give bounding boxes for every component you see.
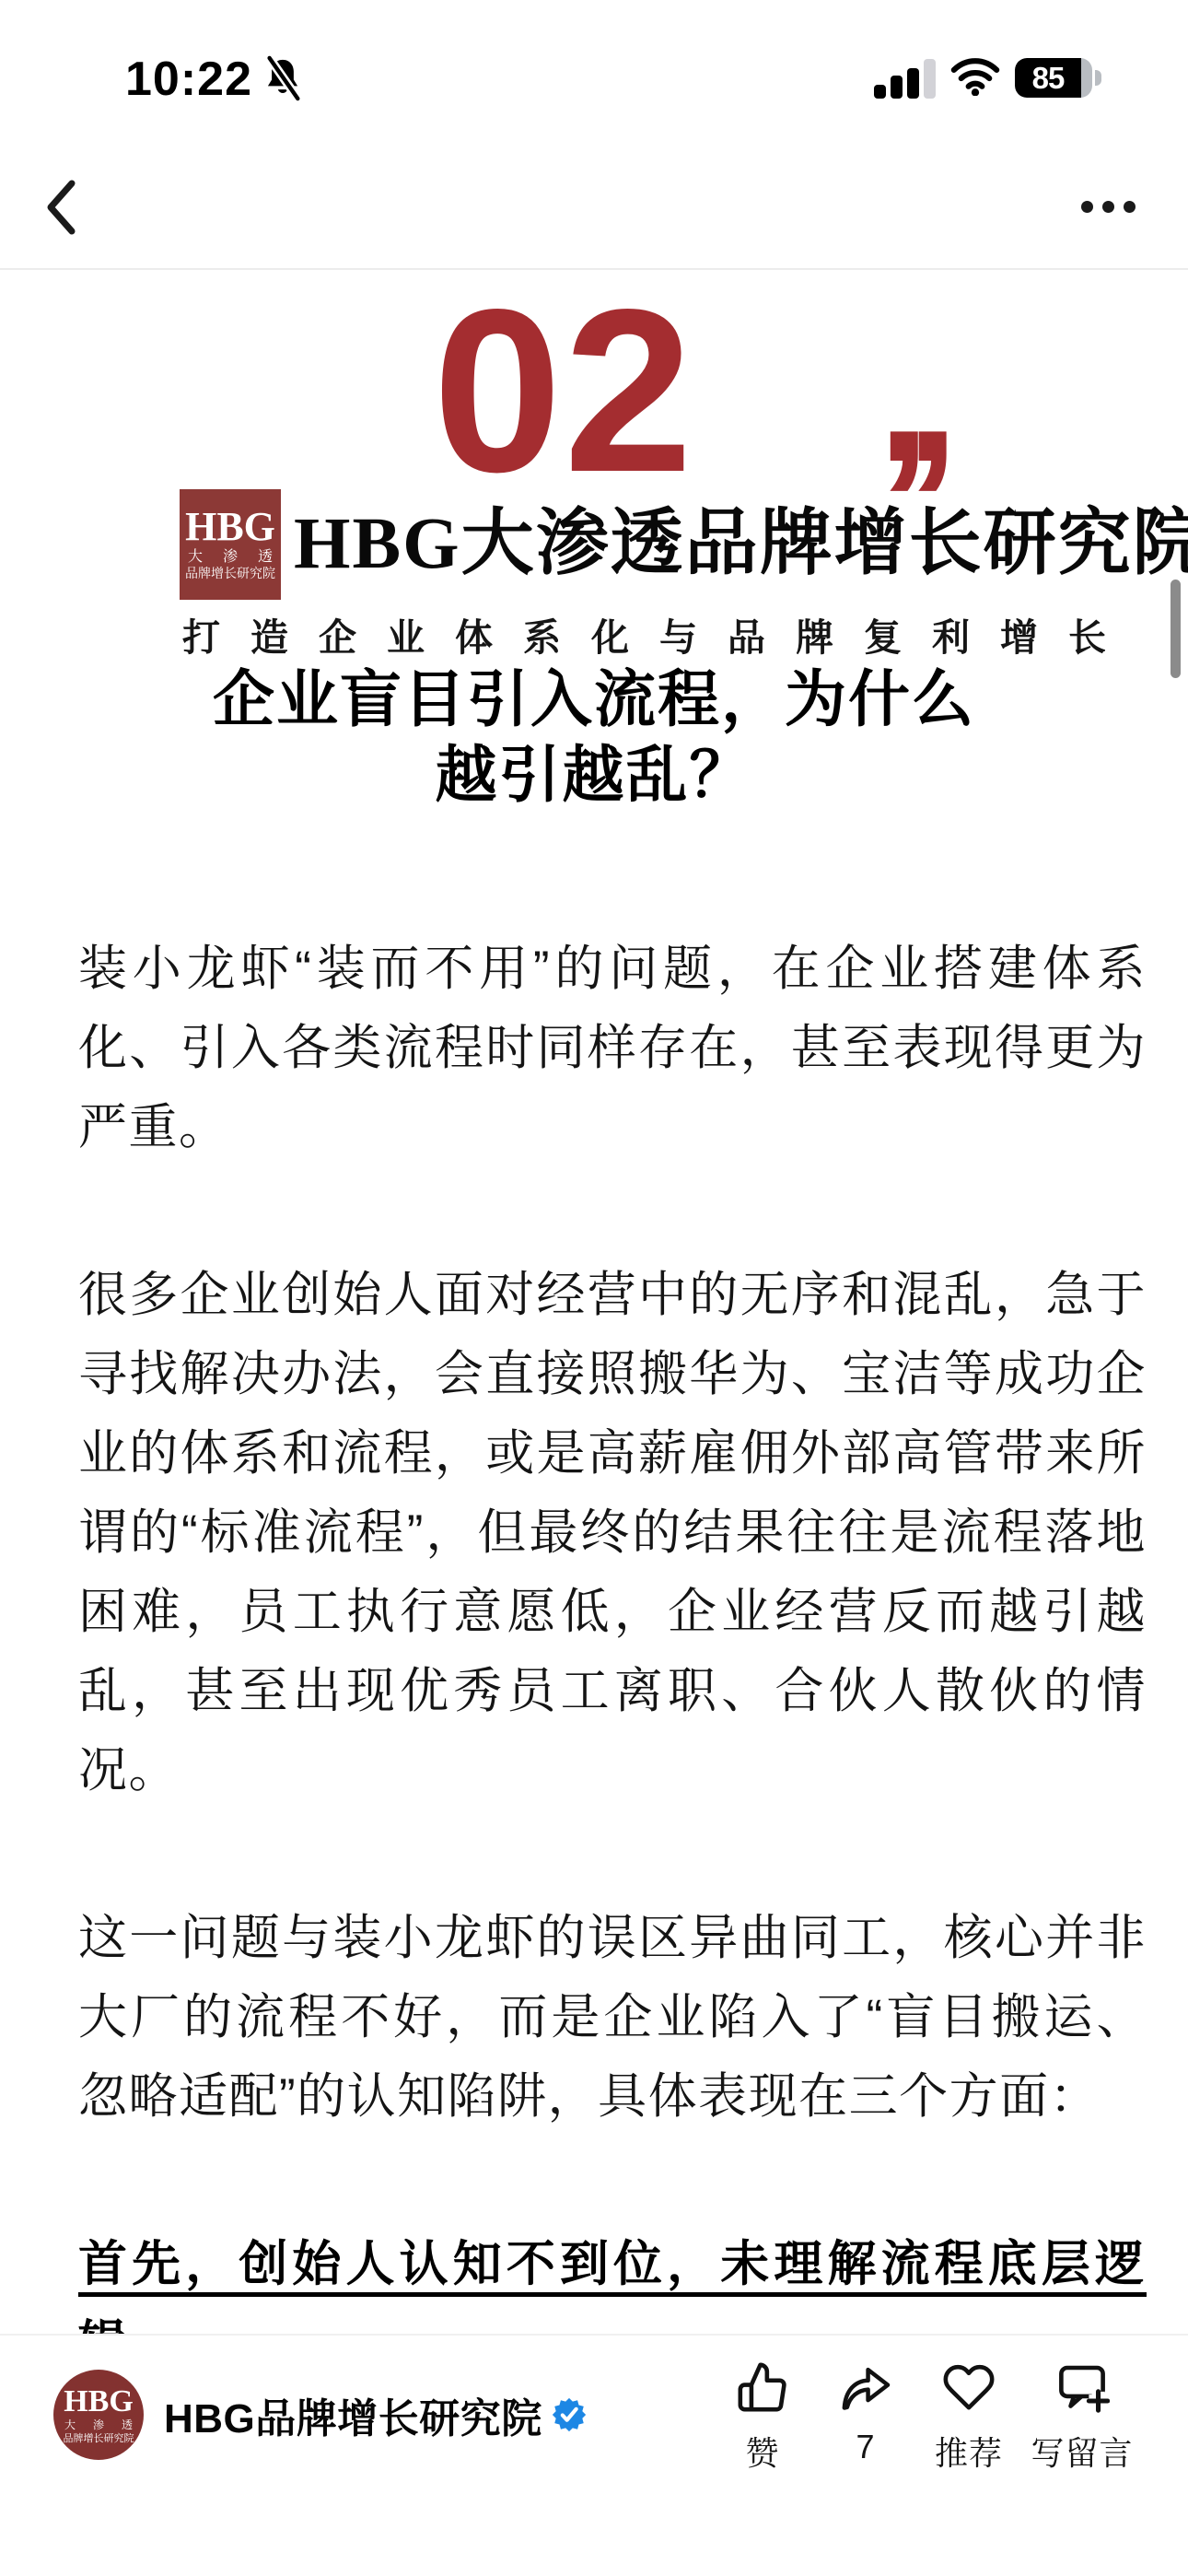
logo-char: 渗 (223, 548, 238, 567)
comment-label: 写留言 (1031, 2428, 1133, 2475)
status-time: 10:22 (125, 52, 252, 107)
article-paragraph: 很多企业创始人面对经营中的无序和混乱，急于寻找解决办法，会直接照搬华为、宝洁等成… (78, 1256, 1147, 1810)
article-content: 02 ,, HBG 大 渗 透 品牌增长研究院 HBG大渗透品牌增长研究院 打造… (0, 270, 1188, 2334)
bell-slash-icon (262, 55, 304, 106)
nav-bar (0, 138, 1188, 270)
avatar-logo-acronym: HBG (64, 2385, 134, 2418)
recommend-button[interactable]: 推荐 (921, 2359, 1017, 2475)
article-paragraph-emphasis: 首先，创始人认知不到位，未理解流程底层逻辑 (78, 2225, 1147, 2334)
logo-char: 透 (258, 548, 273, 567)
action-bar: 赞 7 推荐 (715, 2359, 1140, 2475)
comment-button[interactable]: 写留言 (1024, 2359, 1140, 2475)
status-right-cluster: 85 (874, 55, 1101, 100)
share-count-label: 7 (856, 2428, 875, 2466)
logo-char: 透 (122, 2418, 133, 2432)
wifi-icon (950, 55, 1000, 100)
brand-tagline: 打造企业体系化与品牌复利增长 (182, 607, 1136, 662)
brand-row: HBG 大 渗 透 品牌增长研究院 HBG大渗透品牌增长研究院 (180, 489, 1188, 600)
screen: { "status_bar": { "time": "10:22", "batt… (0, 0, 1188, 2576)
battery-percent: 85 (1032, 61, 1065, 96)
article-paragraph: 这一问题与装小龙虾的误区异曲同工，核心并非大厂的流程不好，而是企业陷入了“盲目搬… (78, 1899, 1147, 2137)
account-avatar[interactable]: HBG 大 渗 透 品牌增长研究院 (53, 2370, 144, 2460)
share-icon (838, 2359, 893, 2415)
more-dot (1102, 201, 1114, 213)
like-label: 赞 (745, 2428, 779, 2475)
article-headline: 企业盲目引入流程，为什么 越引越乱？ (0, 662, 1188, 814)
footer-bar: HBG 大 渗 透 品牌增长研究院 HBG品牌增长研究院 赞 (0, 2334, 1188, 2576)
status-left-cluster: 10:22 (125, 52, 304, 107)
thumbs-up-icon (736, 2359, 789, 2415)
heart-icon (942, 2359, 996, 2415)
more-options-button[interactable] (1081, 201, 1136, 213)
logo-char: 大 (188, 548, 203, 567)
brand-title: HBG大渗透品牌增长研究院 (294, 489, 1188, 600)
recommend-label: 推荐 (935, 2428, 1003, 2475)
headline-line-2: 越引越乱？ (0, 738, 1188, 814)
hbg-logo: HBG 大 渗 透 品牌增长研究院 (180, 489, 281, 600)
cellular-signal-icon (874, 58, 936, 99)
verified-badge-icon (550, 2395, 588, 2439)
article-paragraph: 装小龙虾“装而不用”的问题，在企业搭建体系化、引入各类流程时同样存在，甚至表现得… (78, 930, 1147, 1167)
headline-line-1: 企业盲目引入流程，为什么 (0, 662, 1188, 738)
more-dot (1124, 201, 1136, 213)
account-row[interactable]: HBG品牌增长研究院 (164, 2359, 588, 2470)
hbg-logo-acronym: HBG (185, 506, 275, 548)
comment-plus-icon (1054, 2359, 1110, 2415)
scrollbar-thumb[interactable] (1171, 580, 1181, 678)
quote-mark-icon: ,, (877, 296, 934, 491)
logo-char: 渗 (93, 2418, 104, 2432)
avatar-logo-subline1: 大 渗 透 (64, 2418, 133, 2432)
like-button[interactable]: 赞 (715, 2359, 810, 2475)
hbg-logo-subline1: 大 渗 透 (188, 548, 273, 567)
battery-icon: 85 (1015, 58, 1101, 98)
status-bar: 10:22 85 (0, 0, 1188, 138)
logo-char: 大 (64, 2418, 76, 2432)
more-dot (1081, 201, 1093, 213)
hbg-logo-subline2: 品牌增长研究院 (185, 567, 275, 583)
share-button[interactable]: 7 (818, 2359, 914, 2475)
avatar-logo-subline2: 品牌增长研究院 (64, 2432, 134, 2445)
section-number: 02 (433, 275, 694, 508)
account-name: HBG品牌增长研究院 (164, 2385, 542, 2444)
back-button[interactable] (42, 179, 79, 236)
article-body: 装小龙虾“装而不用”的问题，在企业搭建体系化、引入各类流程时同样存在，甚至表现得… (78, 930, 1147, 2334)
